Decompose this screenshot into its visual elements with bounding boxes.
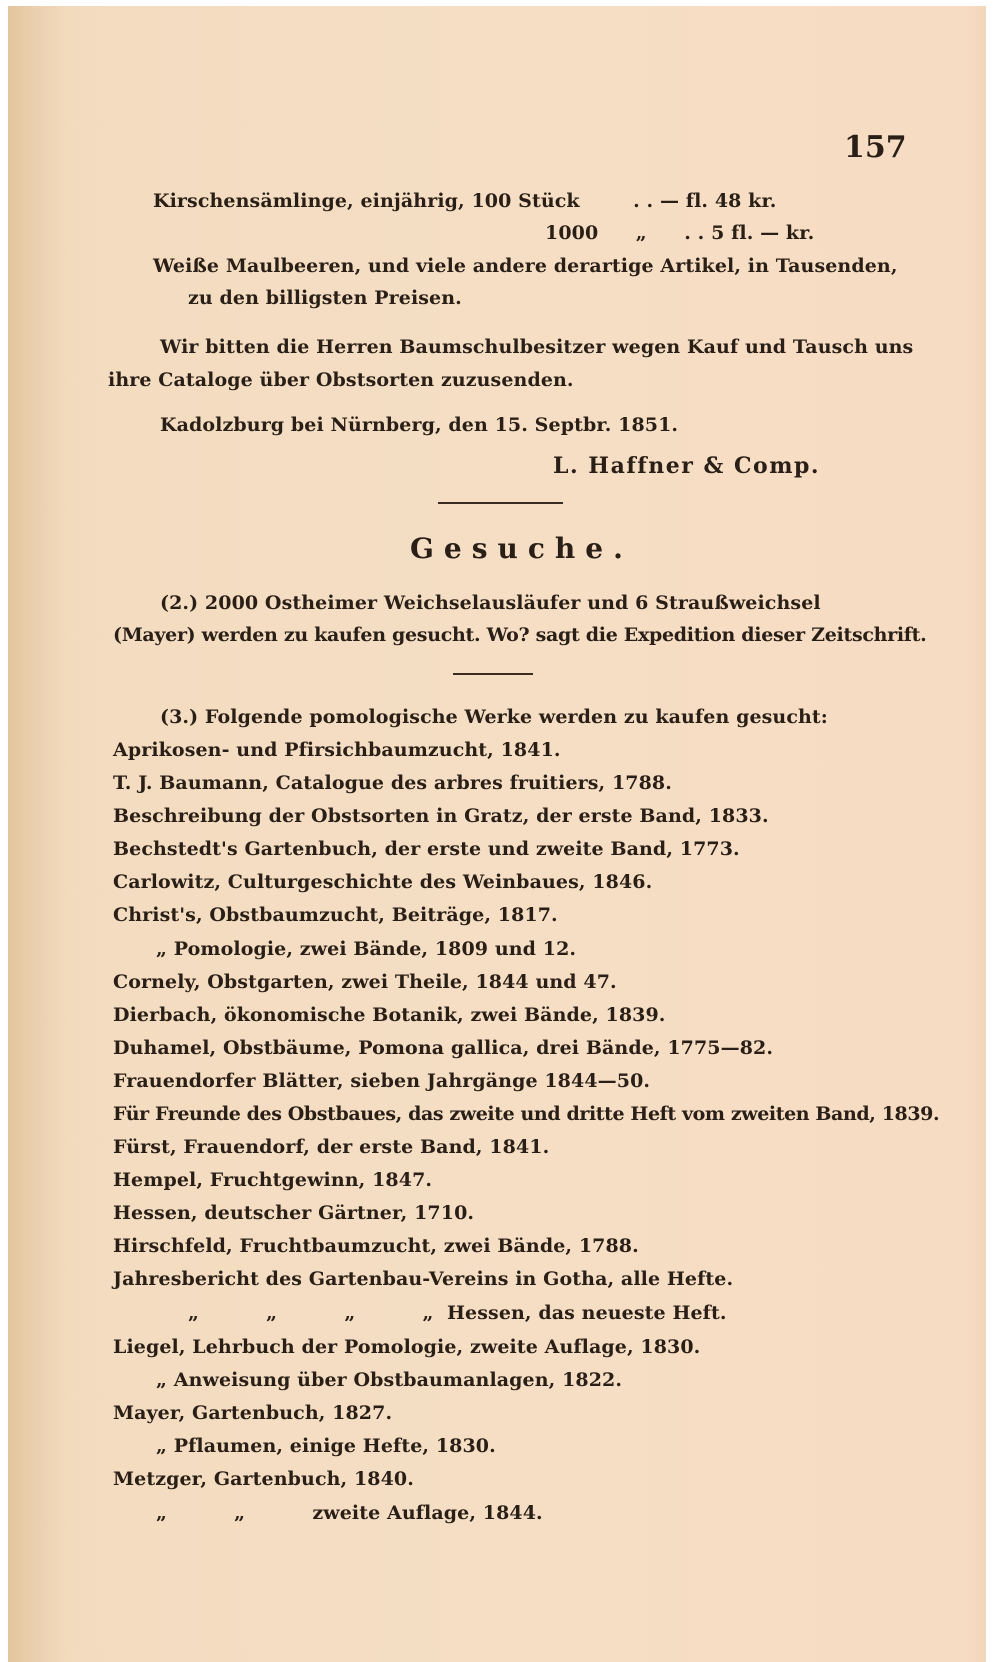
book-entry: „ „ zweite Auflage, 1844. bbox=[156, 1502, 543, 1524]
signature: L. Haffner & Comp. bbox=[553, 455, 820, 477]
book-entry: Hirschfeld, Fruchtbaumzucht, zwei Bände,… bbox=[113, 1235, 639, 1257]
book-entry: Hempel, Fruchtgewinn, 1847. bbox=[113, 1169, 432, 1191]
book-entry: Mayer, Gartenbuch, 1827. bbox=[113, 1402, 392, 1424]
notice-2-line-1: (2.) 2000 Ostheimer Weichselausläufer un… bbox=[160, 592, 821, 614]
book-entry: „ „ „ „ Hessen, das neueste Heft. bbox=[188, 1302, 727, 1324]
book-entry: „ Anweisung über Obstbaumanlagen, 1822. bbox=[156, 1369, 622, 1391]
book-entry: Dierbach, ökonomische Botanik, zwei Bänd… bbox=[113, 1004, 666, 1026]
book-entry: Hessen, deutscher Gärtner, 1710. bbox=[113, 1202, 474, 1224]
book-entry: Für Freunde des Obstbaues, das zweite un… bbox=[113, 1103, 939, 1125]
price-item-1-price: — fl. 48 kr. bbox=[660, 190, 777, 212]
price-item-2-qty: 1000 bbox=[545, 222, 598, 244]
price-item-2-ditto: „ bbox=[636, 222, 647, 244]
price-item-1-dots: . . bbox=[633, 190, 653, 212]
book-entry: „ Pomologie, zwei Bände, 1809 und 12. bbox=[156, 938, 576, 960]
book-entry: Beschreibung der Obstsorten in Gratz, de… bbox=[113, 805, 769, 827]
dateline: Kadolzburg bei Nürnberg, den 15. Septbr.… bbox=[160, 414, 678, 436]
section-heading: Gesuche. bbox=[410, 532, 633, 565]
notice-3-intro: (3.) Folgende pomologische Werke werden … bbox=[160, 706, 828, 728]
book-entry: Carlowitz, Culturgeschichte des Weinbaue… bbox=[113, 871, 652, 893]
divider-rule bbox=[438, 502, 563, 504]
page-number: 157 bbox=[844, 130, 907, 165]
book-entry: Bechstedt's Gartenbuch, der erste und zw… bbox=[113, 838, 740, 860]
book-entry: Liegel, Lehrbuch der Pomologie, zweite A… bbox=[113, 1336, 700, 1358]
price-item-2-dots: . . bbox=[684, 222, 704, 244]
request-line-2: ihre Cataloge über Obstsorten zuzusenden… bbox=[108, 369, 574, 391]
book-page: 157 Kirschensämlinge, einjährig, 100 Stü… bbox=[8, 6, 986, 1662]
price-item-1-label: Kirschensämlinge, einjährig, 100 Stück bbox=[153, 190, 580, 212]
book-entry: Cornely, Obstgarten, zwei Theile, 1844 u… bbox=[113, 971, 617, 993]
book-entry: Duhamel, Obstbäume, Pomona gallica, drei… bbox=[113, 1037, 773, 1059]
price-item-3-line-1: Weiße Maulbeeren, und viele andere derar… bbox=[153, 255, 898, 277]
price-item-2-price: 5 fl. — kr. bbox=[711, 222, 814, 244]
request-line-1: Wir bitten die Herren Baumschulbesitzer … bbox=[160, 336, 913, 358]
notice-2-line-2: (Mayer) werden zu kaufen gesucht. Wo? sa… bbox=[113, 624, 926, 646]
book-entry: „ Pflaumen, einige Hefte, 1830. bbox=[156, 1435, 496, 1457]
book-entry: Fürst, Frauendorf, der erste Band, 1841. bbox=[113, 1136, 549, 1158]
price-item-3-line-2: zu den billigsten Preisen. bbox=[188, 287, 462, 309]
price-item-1: Kirschensämlinge, einjährig, 100 Stück .… bbox=[153, 190, 777, 212]
book-entry: Jahresbericht des Gartenbau-Vereins in G… bbox=[113, 1268, 733, 1290]
price-item-2: 1000 „ . . 5 fl. — kr. bbox=[545, 222, 814, 244]
divider-rule bbox=[453, 673, 533, 675]
book-entry: Frauendorfer Blätter, sieben Jahrgänge 1… bbox=[113, 1070, 650, 1092]
book-entry: T. J. Baumann, Catalogue des arbres frui… bbox=[113, 772, 672, 794]
book-entry: Metzger, Gartenbuch, 1840. bbox=[113, 1468, 414, 1490]
book-entry: Aprikosen- und Pfirsichbaumzucht, 1841. bbox=[113, 739, 561, 761]
book-entry: Christ's, Obstbaumzucht, Beiträge, 1817. bbox=[113, 904, 558, 926]
